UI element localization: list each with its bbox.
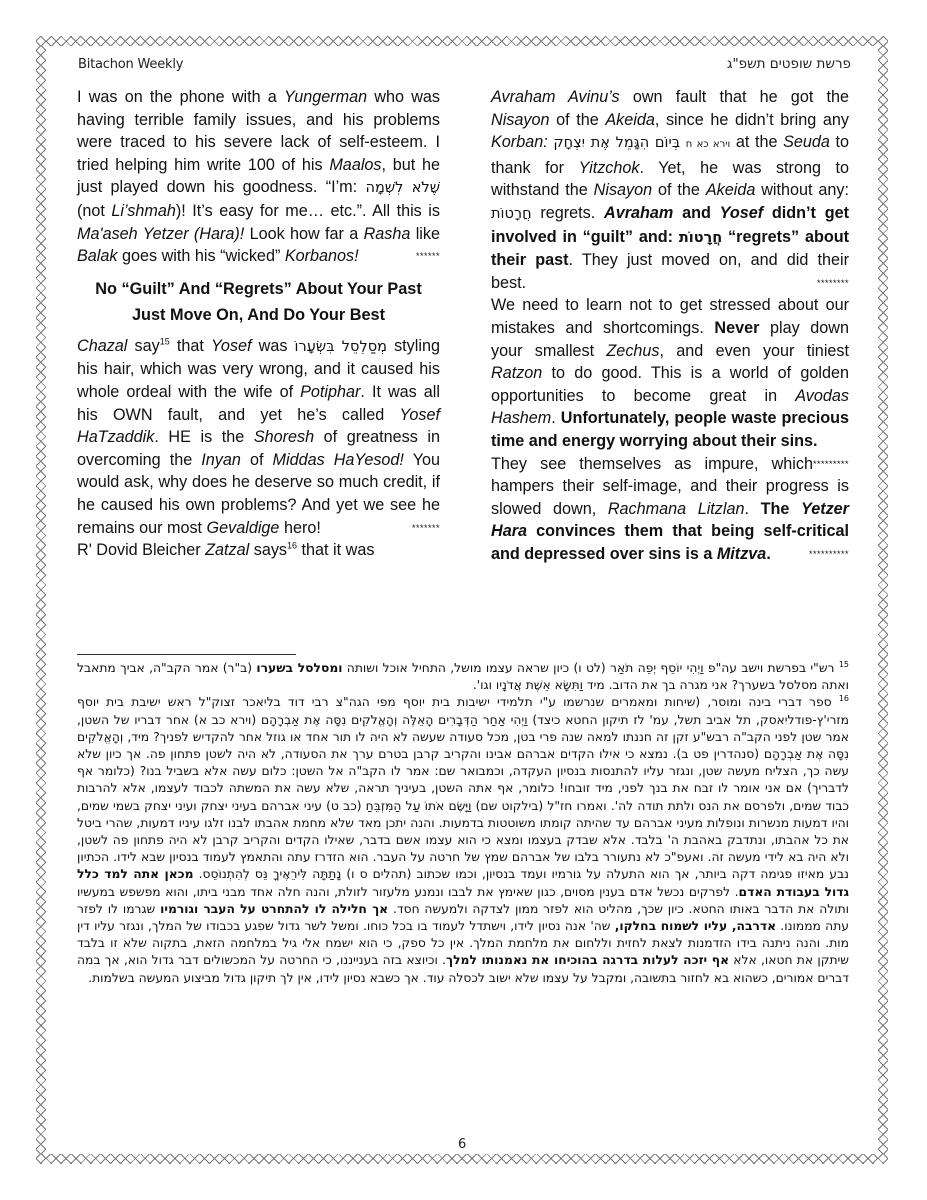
paragraph: They see themselves as impure, which ham… [491,453,849,566]
italic-term: Rasha [364,225,411,243]
text: of the [652,181,706,199]
bold-text: . [766,545,771,563]
bold-text: convinces them that being self-critical … [491,522,849,563]
italic-term: Inyan [201,451,241,469]
italic-term: Gevaldige [207,519,280,537]
hebrew-phrase: שֶׁלֹא לִשְׁמָה [366,180,441,196]
italic-term: Nisayon [594,181,652,199]
hebrew-source-reference: וירא כא ח [686,139,730,150]
bold-text: Never [714,319,759,337]
italic-term: Chazal [77,337,127,355]
section-separator-stars: ******* [412,517,440,539]
heading-line-1: No “Guilt” And “Regrets” About Your Past [77,276,440,302]
italic-term: Ratzon [491,364,542,382]
text: was [252,337,295,355]
italic-term: Ma'aseh Yetzer (Hara)! [77,225,244,243]
paragraph: Avraham Avinu’s own fault that he got th… [491,86,849,294]
italic-term: Maalos [329,156,381,174]
footnote-15: 15 רש"י בפרשת וישב עה"פ וַיְהִי יוֹסֵף י… [77,660,849,694]
text: (not [77,202,111,220]
page-number: 6 [458,1137,466,1152]
footnote-text: רש"י בפרשת וישב עה"פ וַיְהִי יוֹסֵף יְפֵ… [342,661,838,675]
text: goes with his “wicked” [118,247,285,265]
hebrew-phrase: חֲרָטוֹת [679,230,722,246]
text: own fault that he got the [620,88,849,106]
italic-term: Potiphar [300,383,360,401]
bold-italic-term: Mitzva [717,545,766,563]
italic-term: Rachmana Litzlan [608,500,745,518]
text: at the [730,133,783,151]
text: that it was [297,541,374,559]
italic-term: Yosef [211,337,252,355]
text: )! It’s easy for me… etc.”. All this is [176,202,440,220]
italic-term: Zatzal [205,541,249,559]
footnote-bold-text: אף יזכה לעלות בדרגה בהוכיחו את נאמנותו ל… [446,953,729,967]
text: of the [549,111,605,129]
text: hero! [279,519,320,537]
bold-text: The [761,500,801,518]
footnote-bold-text: אך חלילה לו להתחרט על העבר וגורמיו [160,902,388,916]
section-separator-stars: ********** [809,543,849,565]
italic-term: Akeida [605,111,655,129]
bold-italic-term: Avraham [604,204,673,222]
publication-title: Bitachon Weekly [78,57,183,72]
italic-term: Avraham Avinu’s [491,88,620,106]
italic-term: Nisayon [491,111,549,129]
right-column: Avraham Avinu’s own fault that he got th… [491,86,849,565]
text: . [745,500,761,518]
footnote-marker[interactable]: 16 [287,541,297,551]
text: . HE is the [154,428,253,446]
text: , and even your tiniest [660,342,850,360]
section-separator-stars: ****** [416,245,440,267]
section-separator-stars: ********* [813,453,849,475]
italic-term: Yungerman [284,88,367,106]
hebrew-phrase: חֲרָטוֹת [491,206,532,222]
paragraph: We need to learn not to get stressed abo… [491,294,849,452]
text: I was on the phone with a [77,88,284,106]
text: says [249,541,287,559]
text: say [127,337,159,355]
heading-line-2: Just Move On, And Do Your Best [77,302,440,328]
bold-italic-term: Yosef [720,204,763,222]
text: that [170,337,211,355]
italic-term: Zechus [606,342,659,360]
text: Look how far a [244,225,363,243]
footnote-divider [77,654,296,655]
paragraph: I was on the phone with a Yungerman who … [77,86,440,268]
parsha-title: פרשת שופטים תשפ"ג [727,56,851,72]
italic-term: Yitzchok [579,159,640,177]
footnote-16: 16 ספר דברי בינה ומוסר, (שיחות ומאמרים ש… [77,694,849,986]
section-separator-stars: ******** [817,272,849,294]
text: of [241,451,273,469]
text: regrets. [532,204,604,222]
italic-term: Seuda [783,133,830,151]
italic-term: Middas HaYesod! [273,451,404,469]
section-heading: No “Guilt” And “Regrets” About Your Past… [77,276,440,328]
italic-term: Akeida [706,181,756,199]
italic-term: Shoresh [254,428,314,446]
text: like [410,225,440,243]
bold-text: and [673,204,719,222]
hebrew-phrase: בְּיוֹם הִגָּמֵל אֶת יִצְחָק [553,135,680,151]
footnote-marker[interactable]: 15 [160,336,170,346]
footnote-text: ספר דברי בינה ומוסר, (שיחות ומאמרים שנרש… [77,695,849,881]
italic-term: Korban: [491,133,548,151]
paragraph: Chazal say15 that Yosef was מְסַלְסֵל בִ… [77,335,440,539]
paragraph: R' Dovid Bleicher Zatzal says16 that it … [77,539,440,562]
footnote-bold-text: ומסלסל בשערו [256,661,342,675]
text: , since he didn’t bring any [655,111,849,129]
italic-term: Korbanos! [285,247,359,265]
text: . [551,409,561,427]
text: without any: [755,181,849,199]
hebrew-phrase: מְסַלְסֵל בִּשְׂעָרוֹ [295,339,387,355]
footnotes-section: 15 רש"י בפרשת וישב עה"פ וַיְהִי יוֹסֵף י… [77,660,849,987]
footnote-number: 15 [839,660,849,669]
footnote-number: 16 [839,694,849,703]
text: R' Dovid Bleicher [77,541,205,559]
italic-term: Li’shmah [111,202,176,220]
italic-term: Balak [77,247,118,265]
footnote-bold-text: אדרבה, עליו לשמוח בחלקו, [615,919,776,933]
left-column: I was on the phone with a Yungerman who … [77,86,440,562]
